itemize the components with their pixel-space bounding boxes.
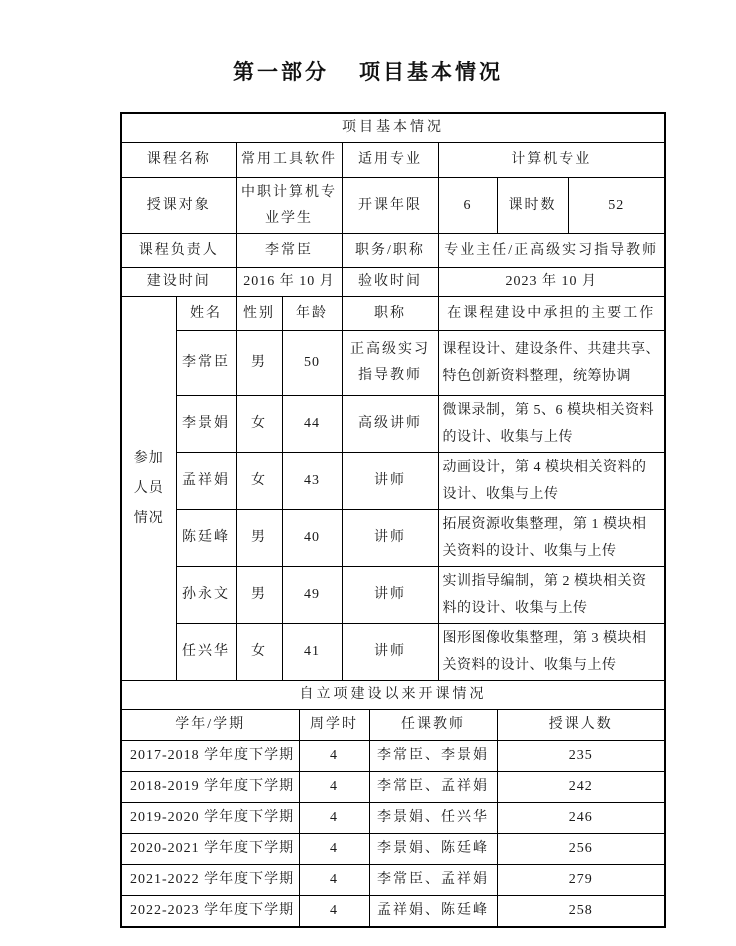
participant-gender: 女	[236, 453, 282, 510]
table-row: 2021-2022 学年度下学期 4 李常臣、孟祥娟 279	[121, 865, 665, 896]
offering-student-count: 256	[497, 834, 665, 865]
course-years-label: 开课年限	[342, 178, 438, 234]
table-row: 2017-2018 学年度下学期 4 李常臣、李景娟 235	[121, 741, 665, 772]
offering-teachers: 李常臣、孟祥娟	[369, 865, 497, 896]
project-info-table: 项目基本情况 课程名称 常用工具软件 适用专业 计算机专业 授课对象 中职计算机…	[120, 112, 666, 928]
position-label: 职务/职称	[342, 234, 438, 268]
offering-teachers: 李常臣、孟祥娟	[369, 772, 497, 803]
participant-age: 40	[282, 510, 342, 567]
participant-title: 高级讲师	[342, 396, 438, 453]
participants-header-title: 职称	[342, 297, 438, 331]
class-hours-value: 52	[568, 178, 665, 234]
applicable-major-value: 计算机专业	[438, 143, 665, 178]
section-header-offerings: 自立项建设以来开课情况	[121, 681, 665, 710]
participant-work: 实训指导编制，第 2 模块相关资料的设计、收集与上传	[438, 567, 665, 624]
offering-teachers: 李常臣、李景娟	[369, 741, 497, 772]
offering-student-count: 258	[497, 896, 665, 927]
offering-semester: 2017-2018 学年度下学期	[121, 741, 299, 772]
participant-title: 正高级实习指导教师	[342, 331, 438, 396]
participant-age: 50	[282, 331, 342, 396]
participant-title: 讲师	[342, 567, 438, 624]
group-label-line: 参加	[125, 444, 173, 474]
table-row: 项目基本情况	[121, 113, 665, 143]
participant-work: 图形图像收集整理，第 3 模块相关资料的设计、收集与上传	[438, 624, 665, 681]
participants-header-gender: 性别	[236, 297, 282, 331]
acceptance-time-value: 2023 年 10 月	[438, 268, 665, 297]
course-leader-value: 李常臣	[236, 234, 342, 268]
build-time-label: 建设时间	[121, 268, 236, 297]
offering-semester: 2020-2021 学年度下学期	[121, 834, 299, 865]
participant-work: 动画设计，第 4 模块相关资料的设计、收集与上传	[438, 453, 665, 510]
table-row: 李常臣 男 50 正高级实习指导教师 课程设计、建设条件、共建共享、特色创新资料…	[121, 331, 665, 396]
participants-header-age: 年龄	[282, 297, 342, 331]
offerings-header-teachers: 任课教师	[369, 710, 497, 741]
table-row: 建设时间 2016 年 10 月 验收时间 2023 年 10 月	[121, 268, 665, 297]
offering-weekly-hours: 4	[299, 834, 369, 865]
offering-student-count: 279	[497, 865, 665, 896]
page-title-part1: 第一部分	[233, 61, 329, 84]
table-row: 课程名称 常用工具软件 适用专业 计算机专业	[121, 143, 665, 178]
table-row: 2019-2020 学年度下学期 4 李景娟、任兴华 246	[121, 803, 665, 834]
table-row: 参加 人员 情况 姓名 性别 年龄 职称 在课程建设中承担的主要工作	[121, 297, 665, 331]
table-row: 2020-2021 学年度下学期 4 李景娟、陈廷峰 256	[121, 834, 665, 865]
offering-weekly-hours: 4	[299, 896, 369, 927]
section-header-basic-info: 项目基本情况	[121, 113, 665, 143]
table-row: 2018-2019 学年度下学期 4 李常臣、孟祥娟 242	[121, 772, 665, 803]
participant-name: 李景娟	[176, 396, 236, 453]
participant-title: 讲师	[342, 453, 438, 510]
group-label-line: 情况	[125, 504, 173, 534]
participant-name: 孟祥娟	[176, 453, 236, 510]
course-name-value: 常用工具软件	[236, 143, 342, 178]
offering-weekly-hours: 4	[299, 772, 369, 803]
participant-gender: 女	[236, 396, 282, 453]
participant-age: 43	[282, 453, 342, 510]
position-value: 专业主任/正高级实习指导教师	[438, 234, 665, 268]
offering-semester: 2019-2020 学年度下学期	[121, 803, 299, 834]
participant-name: 任兴华	[176, 624, 236, 681]
table-row: 学年/学期 周学时 任课教师 授课人数	[121, 710, 665, 741]
offering-weekly-hours: 4	[299, 803, 369, 834]
acceptance-time-label: 验收时间	[342, 268, 438, 297]
participant-name: 孙永文	[176, 567, 236, 624]
participant-title: 讲师	[342, 510, 438, 567]
offering-student-count: 246	[497, 803, 665, 834]
participants-header-name: 姓名	[176, 297, 236, 331]
offerings-header-semester: 学年/学期	[121, 710, 299, 741]
applicable-major-label: 适用专业	[342, 143, 438, 178]
document-page: 第一部分项目基本情况 项目基本情况 课程名称 常用工具软件 适用专业 计算机专业…	[0, 0, 736, 946]
offering-semester: 2022-2023 学年度下学期	[121, 896, 299, 927]
group-label-line: 人员	[125, 474, 173, 504]
participant-name: 李常臣	[176, 331, 236, 396]
participants-header-work: 在课程建设中承担的主要工作	[438, 297, 665, 331]
participant-work: 微课录制，第 5、6 模块相关资料的设计、收集与上传	[438, 396, 665, 453]
participant-gender: 男	[236, 510, 282, 567]
course-name-label: 课程名称	[121, 143, 236, 178]
table-row: 孟祥娟 女 43 讲师 动画设计，第 4 模块相关资料的设计、收集与上传	[121, 453, 665, 510]
offering-weekly-hours: 4	[299, 865, 369, 896]
participants-group-label: 参加 人员 情况	[121, 297, 176, 681]
table-row: 陈廷峰 男 40 讲师 拓展资源收集整理，第 1 模块相关资料的设计、收集与上传	[121, 510, 665, 567]
offering-weekly-hours: 4	[299, 741, 369, 772]
page-title: 第一部分项目基本情况	[0, 56, 736, 86]
participant-age: 41	[282, 624, 342, 681]
offerings-header-student-count: 授课人数	[497, 710, 665, 741]
class-hours-label: 课时数	[497, 178, 568, 234]
page-title-part2: 项目基本情况	[359, 61, 503, 84]
table-row: 自立项建设以来开课情况	[121, 681, 665, 710]
offerings-header-weekly-hours: 周学时	[299, 710, 369, 741]
participant-gender: 男	[236, 567, 282, 624]
teaching-target-value: 中职计算机专业学生	[236, 178, 342, 234]
offering-student-count: 242	[497, 772, 665, 803]
table-row: 孙永文 男 49 讲师 实训指导编制，第 2 模块相关资料的设计、收集与上传	[121, 567, 665, 624]
offering-teachers: 李景娟、陈廷峰	[369, 834, 497, 865]
offering-student-count: 235	[497, 741, 665, 772]
table-row: 李景娟 女 44 高级讲师 微课录制，第 5、6 模块相关资料的设计、收集与上传	[121, 396, 665, 453]
participant-gender: 女	[236, 624, 282, 681]
table-row: 任兴华 女 41 讲师 图形图像收集整理，第 3 模块相关资料的设计、收集与上传	[121, 624, 665, 681]
offering-teachers: 李景娟、任兴华	[369, 803, 497, 834]
table-row: 2022-2023 学年度下学期 4 孟祥娟、陈廷峰 258	[121, 896, 665, 927]
participant-age: 49	[282, 567, 342, 624]
build-time-value: 2016 年 10 月	[236, 268, 342, 297]
participant-age: 44	[282, 396, 342, 453]
course-years-value: 6	[438, 178, 497, 234]
participant-work: 课程设计、建设条件、共建共享、特色创新资料整理，统筹协调	[438, 331, 665, 396]
course-leader-label: 课程负责人	[121, 234, 236, 268]
teaching-target-label: 授课对象	[121, 178, 236, 234]
offering-teachers: 孟祥娟、陈廷峰	[369, 896, 497, 927]
participant-title: 讲师	[342, 624, 438, 681]
participant-work: 拓展资源收集整理，第 1 模块相关资料的设计、收集与上传	[438, 510, 665, 567]
table-row: 授课对象 中职计算机专业学生 开课年限 6 课时数 52	[121, 178, 665, 234]
offering-semester: 2021-2022 学年度下学期	[121, 865, 299, 896]
offering-semester: 2018-2019 学年度下学期	[121, 772, 299, 803]
participant-name: 陈廷峰	[176, 510, 236, 567]
participant-gender: 男	[236, 331, 282, 396]
table-row: 课程负责人 李常臣 职务/职称 专业主任/正高级实习指导教师	[121, 234, 665, 268]
